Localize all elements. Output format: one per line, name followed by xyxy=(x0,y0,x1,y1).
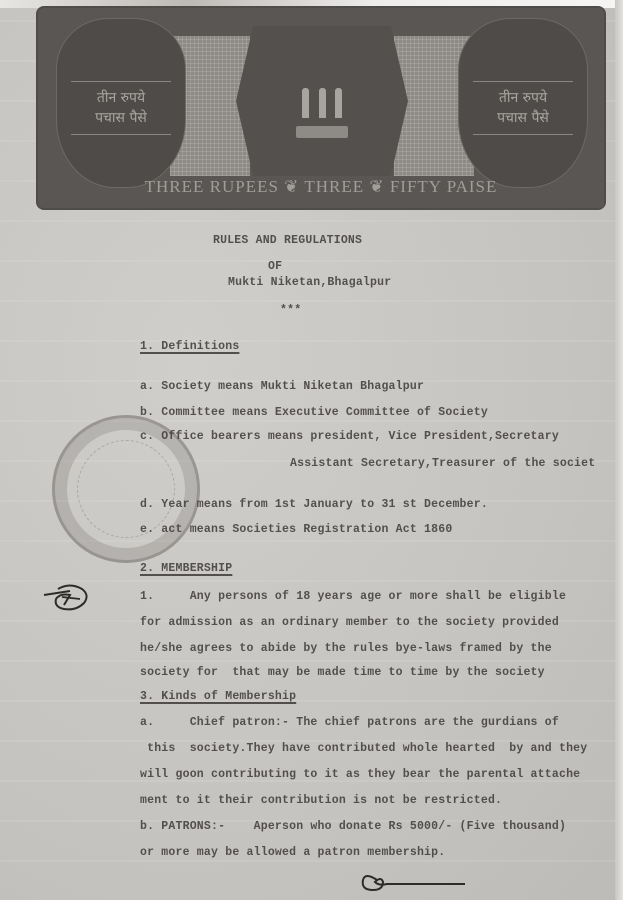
hindi-label-line1: तीन रुपये xyxy=(97,88,145,108)
title-separator: *** xyxy=(280,304,301,317)
definition-item: c. Office bearers means president, Vice … xyxy=(140,430,559,443)
membership-kind-line: a. Chief patron:- The chief patrons are … xyxy=(140,716,559,729)
membership-clause-line: he/she agrees to abide by the rules bye-… xyxy=(140,642,552,655)
handwritten-initials-icon xyxy=(40,583,92,613)
document-title: RULES AND REGULATIONS xyxy=(213,234,362,247)
definition-item: d. Year means from 1st January to 31 st … xyxy=(140,498,488,511)
page-right-edge xyxy=(615,0,623,900)
membership-kind-line: will goon contributing to it as they bea… xyxy=(140,768,580,781)
membership-kind-line: or more may be allowed a patron membersh… xyxy=(140,846,445,859)
organization-name: Mukti Niketan,Bhagalpur xyxy=(228,276,391,289)
non-judicial-stamp-header: तीन रुपये पचास पैसे तीन रुपये पचास पैसे … xyxy=(38,8,604,208)
membership-clause-line: society for that may be made time to tim… xyxy=(140,666,545,679)
handwritten-signature-icon xyxy=(355,862,475,892)
page-top-edge xyxy=(0,0,623,8)
membership-kind-line: this society.They have contributed whole… xyxy=(140,742,587,755)
hindi-label-line1: तीन रुपये xyxy=(499,88,547,108)
definition-item: e. act means Societies Registration Act … xyxy=(140,523,452,536)
section-heading-membership: 2. MEMBERSHIP xyxy=(140,562,232,575)
stamp-hindi-label-left: तीन रुपये पचास पैसे xyxy=(71,81,171,135)
stamp-medallion-left: तीन रुपये पचास पैसे xyxy=(56,18,186,188)
membership-clause-line: for admission as an ordinary member to t… xyxy=(140,616,559,629)
membership-kind-line: b. PATRONS:- Aperson who donate Rs 5000/… xyxy=(140,820,566,833)
stamp-denomination: THREE RUPEES ❦ THREE ❦ FIFTY PAISE xyxy=(58,176,584,198)
national-emblem-icon xyxy=(236,26,408,176)
hindi-label-line2: पचास पैसे xyxy=(497,108,549,128)
membership-kind-line: ment to it their contribution is not be … xyxy=(140,794,502,807)
hindi-label-line2: पचास पैसे xyxy=(95,108,147,128)
membership-clause-line: 1. Any persons of 18 years age or more s… xyxy=(140,590,566,603)
document-title-of: OF xyxy=(268,260,282,273)
section-heading-kinds-of-membership: 3. Kinds of Membership xyxy=(140,690,296,703)
definition-item-continued: Assistant Secretary,Treasurer of the soc… xyxy=(290,457,595,470)
emblem-base xyxy=(296,126,348,138)
stamp-scalloped-edge xyxy=(38,204,604,212)
stamp-hindi-label-right: तीन रुपये पचास पैसे xyxy=(473,81,573,135)
stamp-medallion-right: तीन रुपये पचास पैसे xyxy=(458,18,588,188)
definition-item: a. Society means Mukti Niketan Bhagalpur xyxy=(140,380,424,393)
document-page: तीन रुपये पचास पैसे तीन रुपये पचास पैसे … xyxy=(0,0,623,900)
section-heading-definitions: 1. Definitions xyxy=(140,340,239,353)
definition-item: b. Committee means Executive Committee o… xyxy=(140,406,488,419)
